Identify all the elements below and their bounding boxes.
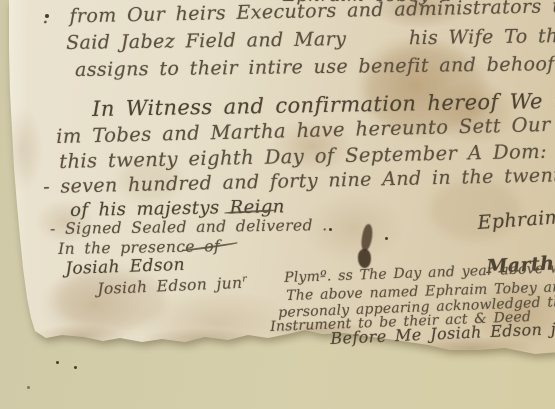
- grantor-signature-ephraim: Ephraim: [477, 208, 555, 233]
- manuscript-photo: Ephraim Tobey a . from Our heirs Executo…: [0, 0, 555, 409]
- ink-speck: [329, 228, 332, 231]
- witness-signature: Josiah Edson: [65, 257, 185, 278]
- ink-speck: [74, 366, 77, 369]
- witness-suffix: r: [242, 273, 247, 284]
- ink-speck: [56, 361, 59, 364]
- ink-speck: [385, 237, 388, 240]
- ink-speck: [27, 386, 30, 389]
- attestation-line: - Signed Sealed and delivered .: [50, 218, 328, 237]
